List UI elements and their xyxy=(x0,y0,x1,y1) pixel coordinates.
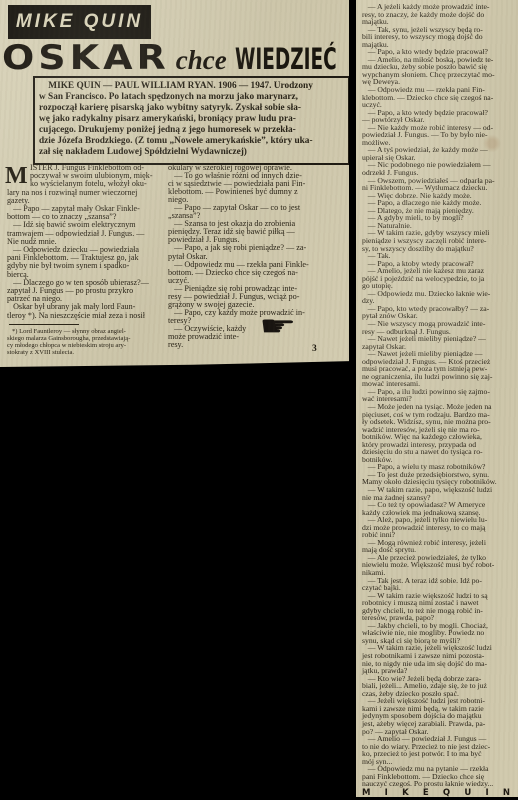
footnote-divider xyxy=(9,324,79,325)
text-line: klebottom. — Dziecko chce się czegoś na- xyxy=(362,94,514,102)
text-line: MIKE QUIN — PAUL WILLIAM RYAN. 1906 — 19… xyxy=(39,81,344,92)
text-line: — Odpowiedz mu. Dziecko łaknie wie- xyxy=(362,290,514,298)
article-title: OSKAR chce WIEDZIEĆ xyxy=(2,34,345,78)
title-word-wiedziec: WIEDZIEĆ xyxy=(235,41,337,76)
text-line: gdyby nie był twoim synem i spadko- xyxy=(7,262,164,270)
author-bio-box: MIKE QUIN — PAUL WILLIAM RYAN. 1906 — 19… xyxy=(33,76,350,165)
text-line: klebottom. — Powinieneś być dumny z xyxy=(168,188,347,196)
text-line: wę jako radykalny pisarz amerykański, br… xyxy=(39,114,344,125)
left-page-clipping: MIKE QUIN OSKAR chce WIEDZIEĆ MIKE QUIN … xyxy=(0,0,349,367)
text-line: dzie Józefa Brodzkiego. (Z tomu „Nowele … xyxy=(39,136,344,147)
text-line: *) Lord Fauntleroy — słynny obraz angiel… xyxy=(7,328,164,335)
body-column-2: okulary w szerokiej rogowej oprawie. — T… xyxy=(168,164,347,349)
body-column-1: ISTER J. Fungus Finklebottom od-poczywał… xyxy=(7,164,164,356)
page-number: 3 xyxy=(312,344,317,354)
text-line: skiego malarza Gainsborougha, przedstawi… xyxy=(7,335,164,342)
body-column-3: — A jeżeli każdy może prowadzić inte-res… xyxy=(362,3,514,797)
column-1-lines: ISTER J. Fungus Finklebottom od-poczywał… xyxy=(7,164,164,320)
text-line: cującego. Drukujemy poniżej jedną z jego… xyxy=(39,125,344,136)
text-line: stokraty z XVIII stulecia. xyxy=(7,349,164,356)
text-line: bottom. — Dziecko chce się czegoś na- xyxy=(168,269,347,277)
author-bio-lines: MIKE QUIN — PAUL WILLIAM RYAN. 1906 — 19… xyxy=(39,81,344,158)
text-line: rozpoczął karierę pisarską jako wybitny … xyxy=(39,103,344,114)
author-signature: M I K E Q U I N xyxy=(362,789,510,797)
footnote: *) Lord Fauntleroy — słynny obraz angiel… xyxy=(7,328,164,356)
text-line: zał się nakładem Ludowej Spółdzielni Wyd… xyxy=(39,147,344,158)
right-page-clipping: — A jeżeli każdy może prowadzić inte-res… xyxy=(356,0,518,797)
author-masthead-text: MIKE QUIN xyxy=(16,11,143,33)
column-2-lines: okulary w szerokiej rogowej oprawie. — T… xyxy=(168,164,347,349)
text-line: lary na nos i rozwinął numer wieczornej xyxy=(7,189,164,197)
text-line: tleroy *). Na nieszczęście miał zeza i n… xyxy=(7,312,164,320)
text-line: w San Francisco. Po latach spędzonych na… xyxy=(39,92,344,103)
text-line: nauczyć czegoś. Po prostu łaknie wiedzy.… xyxy=(362,780,514,788)
column-3-lines: — A jeżeli każdy może prowadzić inte-res… xyxy=(362,3,514,788)
text-line: cy młodego chłopca w niebieskim stroju a… xyxy=(7,342,164,349)
text-line: może prowadzić inte- xyxy=(168,333,347,341)
title-word-chce: chce xyxy=(176,45,227,76)
manicule-icon: ☛ xyxy=(259,311,297,343)
text-line: — Papo, czy każdy może prowadzić in- xyxy=(168,309,347,317)
title-word-oskar: OSKAR xyxy=(2,38,170,77)
title-word-wiedziec-wrap: WIEDZIEĆ xyxy=(235,38,345,77)
scanned-magazine-page: MIKE QUIN OSKAR chce WIEDZIEĆ MIKE QUIN … xyxy=(0,0,518,800)
text-line: resy. xyxy=(168,341,347,349)
